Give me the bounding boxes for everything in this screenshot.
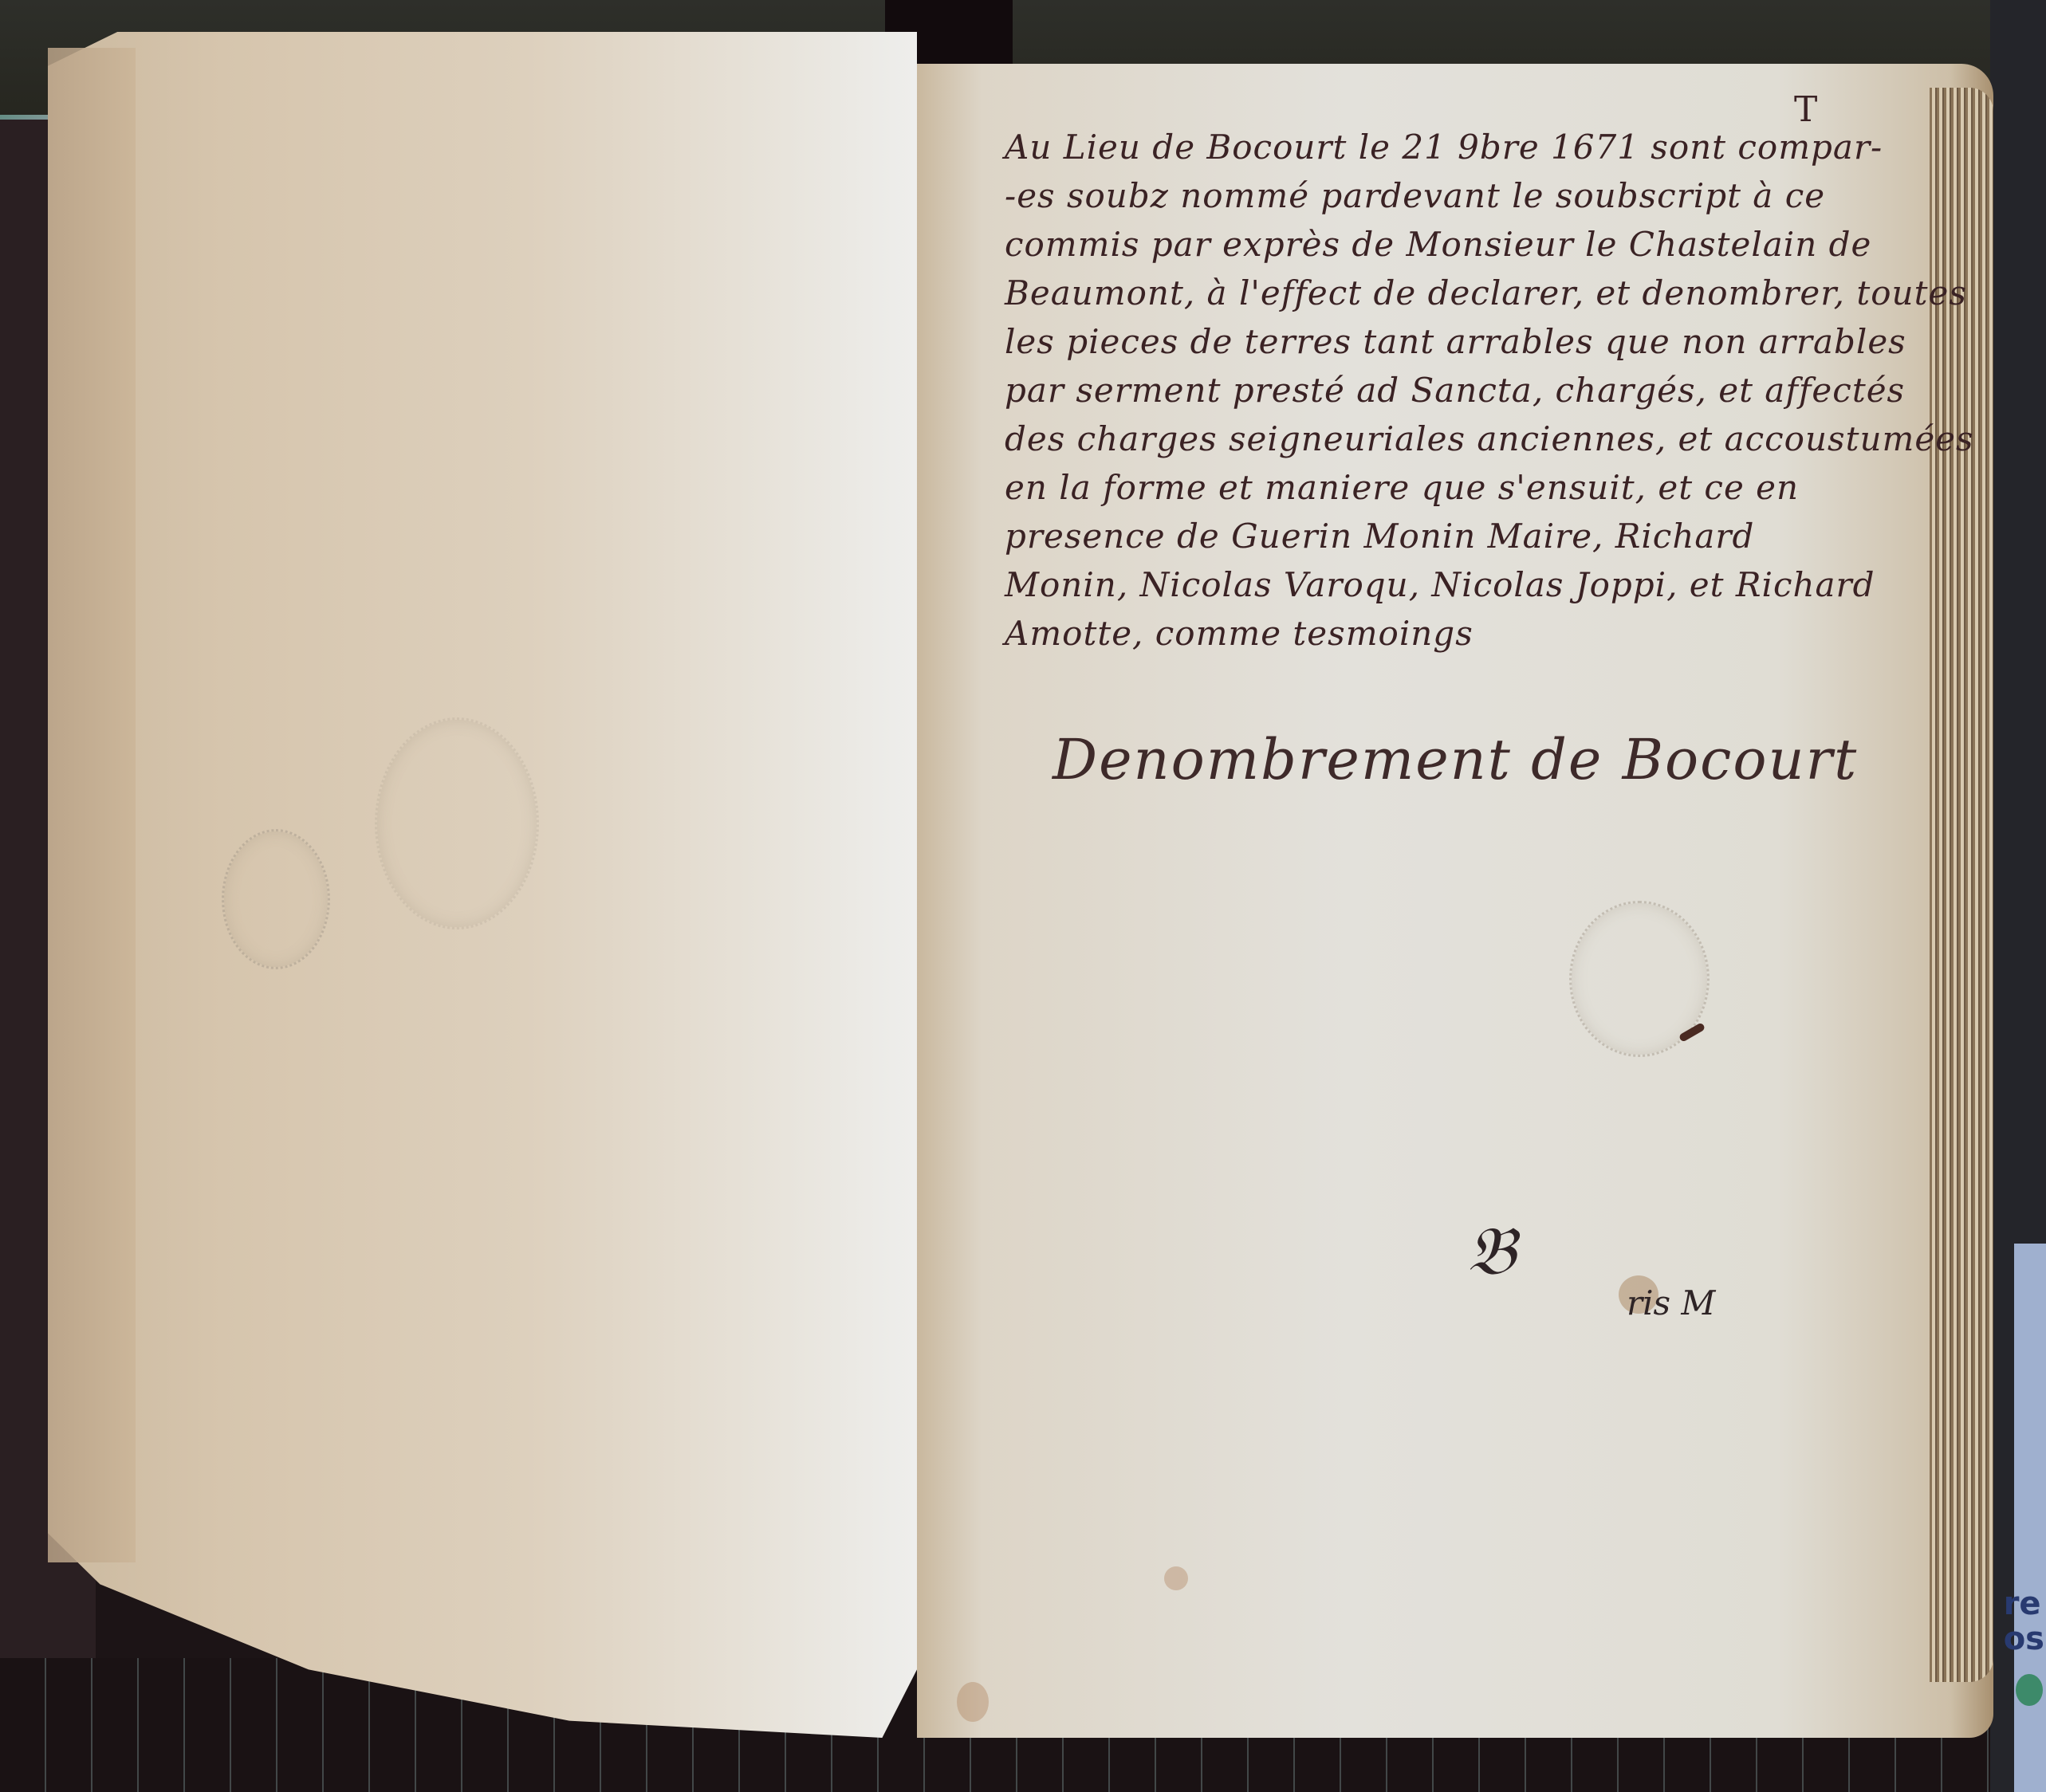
manuscript-line: Amotte, comme tesmoings: [1005, 614, 1961, 662]
manuscript-line: commis par exprès de Monsieur le Chastel…: [1005, 225, 1961, 273]
printed-card-logo: [2016, 1674, 2043, 1706]
embossed-stamp-left: [222, 829, 330, 969]
foxing-stain: [1164, 1566, 1188, 1590]
manuscript-line: presence de Guerin Monin Maire, Richard: [1005, 517, 1961, 565]
manuscript-line: des charges seigneuriales anciennes, et …: [1005, 419, 1961, 468]
manuscript-line: les pieces de terres tant arrables que n…: [1005, 322, 1961, 371]
embossed-stamp-shadow: [375, 717, 539, 929]
manuscript-text: Au Lieu de Bocourt le 21 9bre 1671 sont …: [1005, 128, 1961, 662]
manuscript-line: Beaumont, à l'effect de declarer, et den…: [1005, 273, 1961, 322]
signature-suffix: ris M: [1627, 1283, 1715, 1322]
manuscript-line: Au Lieu de Bocourt le 21 9bre 1671 sont …: [1005, 128, 1961, 176]
signature-flourish: 𝔅: [1467, 1212, 1516, 1291]
manuscript-line: -es soubz nommé pardevant le soubscript …: [1005, 176, 1961, 225]
manuscript-line: Monin, Nicolas Varoqu, Nicolas Joppi, et…: [1005, 565, 1961, 614]
document-heading: Denombrement de Bocourt: [1053, 727, 1858, 792]
foxing-stain: [957, 1682, 989, 1722]
printed-card: [2014, 1244, 2046, 1792]
manuscript-line: par serment presté ad Sancta, chargés, e…: [1005, 371, 1961, 419]
folio-mark: T: [1794, 89, 1817, 130]
left-page-worn-edge: [48, 48, 136, 1562]
manuscript-line: en la forme et maniere que s'ensuit, et …: [1005, 468, 1961, 517]
printed-card-text: re os: [2004, 1586, 2044, 1656]
